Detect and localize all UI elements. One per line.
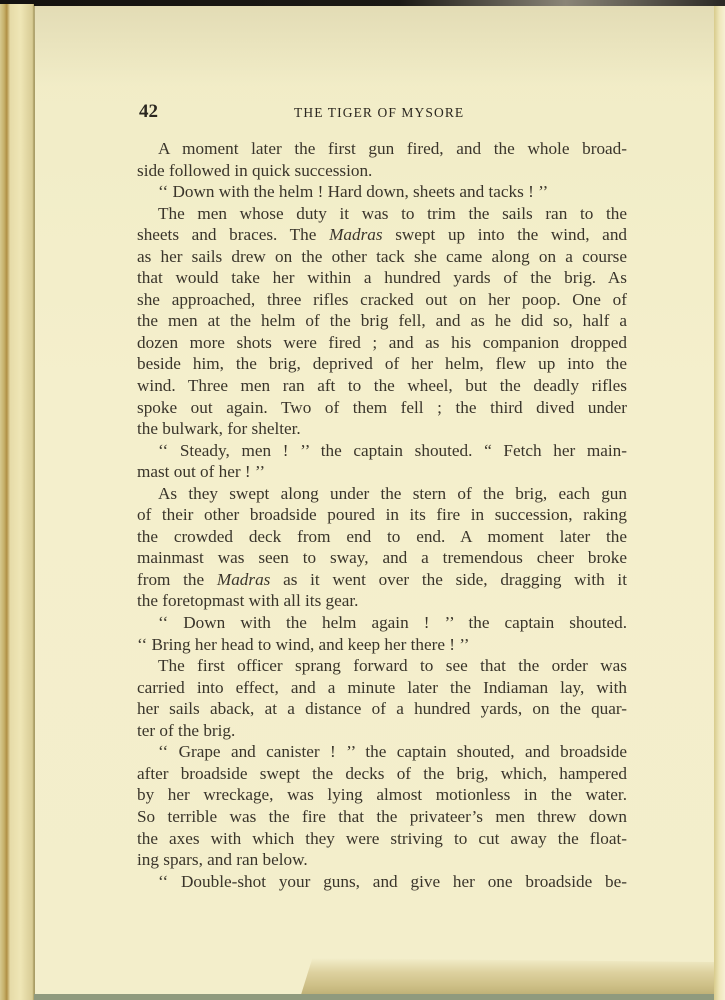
- running-header: 42 THE TIGER OF MYSORE: [139, 101, 629, 125]
- running-title: THE TIGER OF MYSORE: [294, 105, 464, 121]
- text-line: as her sails drew on the other tack she …: [137, 246, 627, 268]
- text-line: the crowded deck from end to end. A mome…: [137, 526, 627, 548]
- text-line: ‘‘ Down with the helm ! Hard down, sheet…: [137, 181, 627, 203]
- book-spine-edge: [0, 4, 34, 1000]
- text-line: the foretopmast with all its gear.: [137, 590, 627, 612]
- text-line: ‘‘ Grape and canister ! ’’ the captain s…: [137, 741, 627, 763]
- text-run: swept up into the wind, and: [383, 225, 627, 244]
- text-line: ter of the brig.: [137, 720, 627, 742]
- text-line: side followed in quick succession.: [137, 160, 627, 182]
- text-run: as it went over the side, dragging with …: [270, 570, 627, 589]
- text-line: wind. Three men ran aft to the wheel, bu…: [137, 375, 627, 397]
- text-line: after broadside swept the decks of the b…: [137, 763, 627, 785]
- text-line: spoke out again. Two of them fell ; the …: [137, 397, 627, 419]
- text-line: mainmast was seen to sway, and a tremend…: [137, 547, 627, 569]
- text-line: mast out of her ! ’’: [137, 461, 627, 483]
- text-line: A moment later the first gun fired, and …: [137, 138, 627, 160]
- text-line: ‘‘ Bring her head to wind, and keep her …: [137, 634, 627, 656]
- ship-name-italic: Madras: [329, 225, 382, 244]
- text-line: ‘‘ Steady, men ! ’’ the captain shouted.…: [137, 440, 627, 462]
- text-line: So terrible was the fire that the privat…: [137, 806, 627, 828]
- text-line: dozen more shots were fired ; and as his…: [137, 332, 627, 354]
- text-line: sheets and braces. The Madras swept up i…: [137, 224, 627, 246]
- scan-bottom-edge: [34, 994, 714, 1000]
- text-run: from the: [137, 570, 217, 589]
- ship-name-italic: Madras: [217, 570, 270, 589]
- text-line: the axes with which they were striving t…: [137, 828, 627, 850]
- text-line: of their other broadside poured in its f…: [137, 504, 627, 526]
- text-line: ‘‘ Double-shot your guns, and give her o…: [137, 871, 627, 893]
- text-line: carried into effect, and a minute later …: [137, 677, 627, 699]
- text-line: ing spars, and ran below.: [137, 849, 627, 871]
- text-line: The men whose duty it was to trim the sa…: [137, 203, 627, 225]
- text-line: the men at the helm of the brig fell, an…: [137, 310, 627, 332]
- text-line: As they swept along under the stern of t…: [137, 483, 627, 505]
- text-line: ‘‘ Down with the helm again ! ’’ the cap…: [137, 612, 627, 634]
- page-shading: [34, 6, 714, 86]
- text-line: she approached, three rifles cracked out…: [137, 289, 627, 311]
- page-number: 42: [139, 101, 158, 123]
- body-text: A moment later the first gun fired, and …: [137, 138, 627, 892]
- text-line: that would take her within a hundred yar…: [137, 267, 627, 289]
- text-line: from the Madras as it went over the side…: [137, 569, 627, 591]
- page-stack-bottom: [300, 958, 714, 998]
- text-line: her sails aback, at a distance of a hund…: [137, 698, 627, 720]
- text-line: beside him, the brig, deprived of her he…: [137, 353, 627, 375]
- text-run: sheets and braces. The: [137, 225, 329, 244]
- text-line: The first officer sprang forward to see …: [137, 655, 627, 677]
- text-line: the bulwark, for shelter.: [137, 418, 627, 440]
- text-line: by her wreckage, was lying almost motion…: [137, 784, 627, 806]
- page-right-edge: [714, 6, 725, 1000]
